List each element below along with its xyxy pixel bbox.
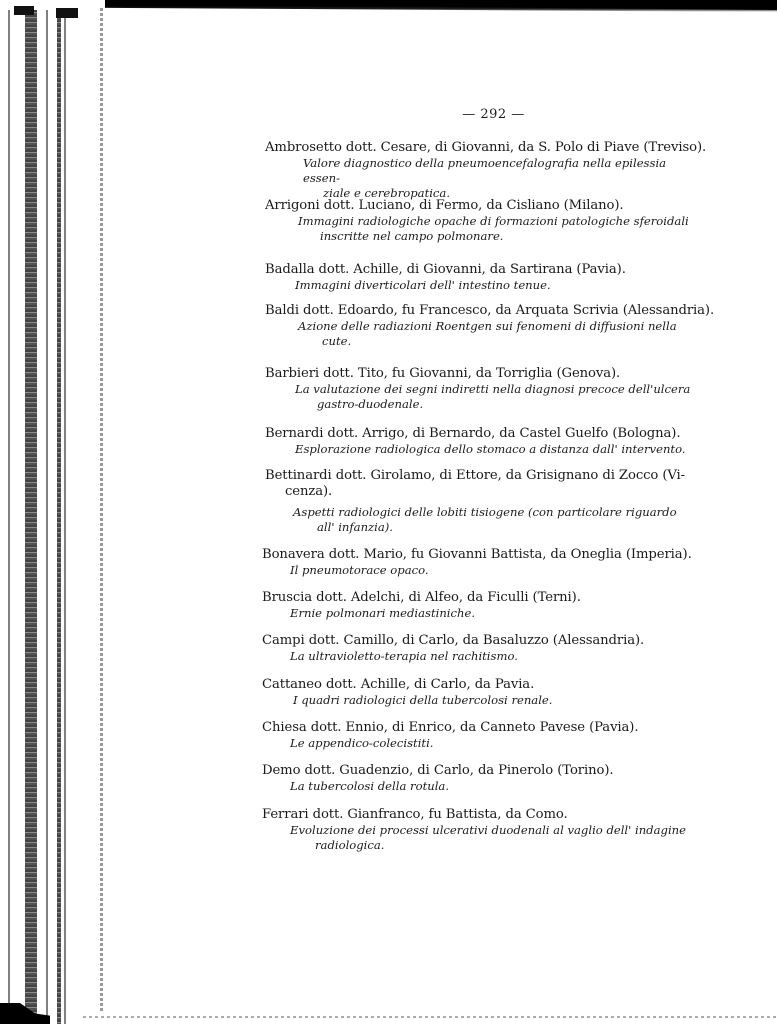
entry-author: Badalla dott. Achille, di Giovanni, da S… [265, 262, 705, 278]
title-line: I quadri radiologici della tubercolosi r… [293, 693, 552, 707]
title-line: Azione delle radiazioni Roentgen sui fen… [298, 319, 677, 333]
binding-cap [14, 6, 34, 15]
entry-author: Chiesa dott. Ennio, di Enrico, da Cannet… [262, 720, 705, 736]
entry-author: Ferrari dott. Gianfranco, fu Battista, d… [262, 807, 705, 823]
title-line: Esplorazione radiologica dello stomaco a… [295, 442, 686, 456]
page-number: — 292 — [0, 107, 777, 122]
title-line: Evoluzione dei processi ulcerativi duode… [290, 823, 686, 837]
entry-author: Bettinardi dott. Girolamo, di Ettore, da… [265, 468, 705, 500]
list-item: Arrigoni dott. Luciano, di Fermo, da Cis… [265, 198, 705, 244]
title-line: La valutazione dei segni indiretti nella… [295, 382, 690, 396]
entry-author: Bonavera dott. Mario, fu Giovanni Battis… [262, 547, 705, 563]
entry-author: Ambrosetto dott. Cesare, di Giovanni, da… [265, 140, 705, 156]
binding-line [57, 10, 61, 1024]
title-line: gastro-duodenale. [295, 397, 705, 412]
binding-line [46, 10, 48, 1024]
entry-title: Valore diagnostico della pneumoencefalog… [265, 156, 705, 201]
page-number-text: — 292 — [462, 107, 525, 122]
list-item: Bernardi dott. Arrigo, di Bernardo, da C… [265, 426, 705, 457]
title-line: Le appendico-colecistiti. [290, 736, 433, 750]
entry-title: Ernie polmonari mediastiniche. [265, 606, 705, 621]
entry-title: Aspetti radiologici delle lobiti tisioge… [265, 505, 705, 535]
entry-author: Cattaneo dott. Achille, di Carlo, da Pav… [262, 677, 705, 693]
list-item: Badalla dott. Achille, di Giovanni, da S… [265, 262, 705, 293]
page-bottom-edge [83, 1016, 777, 1018]
list-item: Chiesa dott. Ennio, di Enrico, da Cannet… [265, 720, 705, 751]
entry-author: Barbieri dott. Tito, fu Giovanni, da Tor… [265, 366, 705, 382]
title-line: cute. [298, 334, 705, 349]
list-item: Demo dott. Guadenzio, di Carlo, da Piner… [265, 763, 705, 794]
title-line: inscritte nel campo polmonare. [298, 229, 705, 244]
author-line: Bettinardi dott. Girolamo, di Ettore, da… [265, 468, 685, 483]
entry-author: Baldi dott. Edoardo, fu Francesco, da Ar… [265, 303, 705, 319]
list-item: Barbieri dott. Tito, fu Giovanni, da Tor… [265, 366, 705, 412]
list-item: Cattaneo dott. Achille, di Carlo, da Pav… [265, 677, 705, 708]
list-item: Baldi dott. Edoardo, fu Francesco, da Ar… [265, 303, 705, 349]
binding-line [64, 10, 66, 1024]
list-item: Ferrari dott. Gianfranco, fu Battista, d… [265, 807, 705, 853]
entry-title: La tubercolosi della rotula. [265, 779, 705, 794]
entry-title: Evoluzione dei processi ulcerativi duode… [265, 823, 705, 853]
entry-author: Campi dott. Camillo, di Carlo, da Basalu… [262, 633, 705, 649]
binding-line [25, 10, 32, 1024]
title-line: radiologica. [290, 838, 705, 853]
title-line: La ultravioletto-terapia nel rachitismo. [290, 649, 518, 663]
list-item: Ambrosetto dott. Cesare, di Giovanni, da… [265, 140, 705, 201]
title-line: Immagini radiologiche opache di formazio… [298, 214, 689, 228]
list-item: Bruscia dott. Adelchi, di Alfeo, da Ficu… [265, 590, 705, 621]
binding-line [32, 10, 37, 1024]
entry-title: Immagini radiologiche opache di formazio… [265, 214, 705, 244]
entry-author: Arrigoni dott. Luciano, di Fermo, da Cis… [265, 198, 705, 214]
title-line: Il pneumotorace opaco. [290, 563, 429, 577]
binding-cap [56, 8, 78, 18]
entry-title: Azione delle radiazioni Roentgen sui fen… [265, 319, 705, 349]
entry-title: La ultravioletto-terapia nel rachitismo. [265, 649, 705, 664]
page-edge [100, 8, 103, 1013]
entry-author: Bruscia dott. Adelchi, di Alfeo, da Ficu… [262, 590, 705, 606]
entry-title: Esplorazione radiologica dello stomaco a… [265, 442, 705, 457]
author-line: cenza). [265, 484, 705, 500]
list-item: Bettinardi dott. Girolamo, di Ettore, da… [265, 468, 705, 535]
title-line: Aspetti radiologici delle lobiti tisioge… [293, 505, 677, 519]
book-binding [0, 0, 105, 1024]
entry-title: Il pneumotorace opaco. [265, 563, 705, 578]
entry-title: La valutazione dei segni indiretti nella… [265, 382, 705, 412]
entry-author: Demo dott. Guadenzio, di Carlo, da Piner… [262, 763, 705, 779]
entry-author: Bernardi dott. Arrigo, di Bernardo, da C… [265, 426, 705, 442]
entry-title: I quadri radiologici della tubercolosi r… [265, 693, 705, 708]
title-line: Valore diagnostico della pneumoencefalog… [303, 156, 666, 185]
title-line: Immagini diverticolari dell' intestino t… [295, 278, 551, 292]
entry-title: Le appendico-colecistiti. [265, 736, 705, 751]
list-item: Bonavera dott. Mario, fu Giovanni Battis… [265, 547, 705, 578]
entry-title: Immagini diverticolari dell' intestino t… [265, 278, 705, 293]
title-line: all' infanzia). [293, 520, 705, 535]
title-line: La tubercolosi della rotula. [290, 779, 449, 793]
title-line: Ernie polmonari mediastiniche. [290, 606, 475, 620]
binding-line [8, 10, 10, 1024]
list-item: Campi dott. Camillo, di Carlo, da Basalu… [265, 633, 705, 664]
